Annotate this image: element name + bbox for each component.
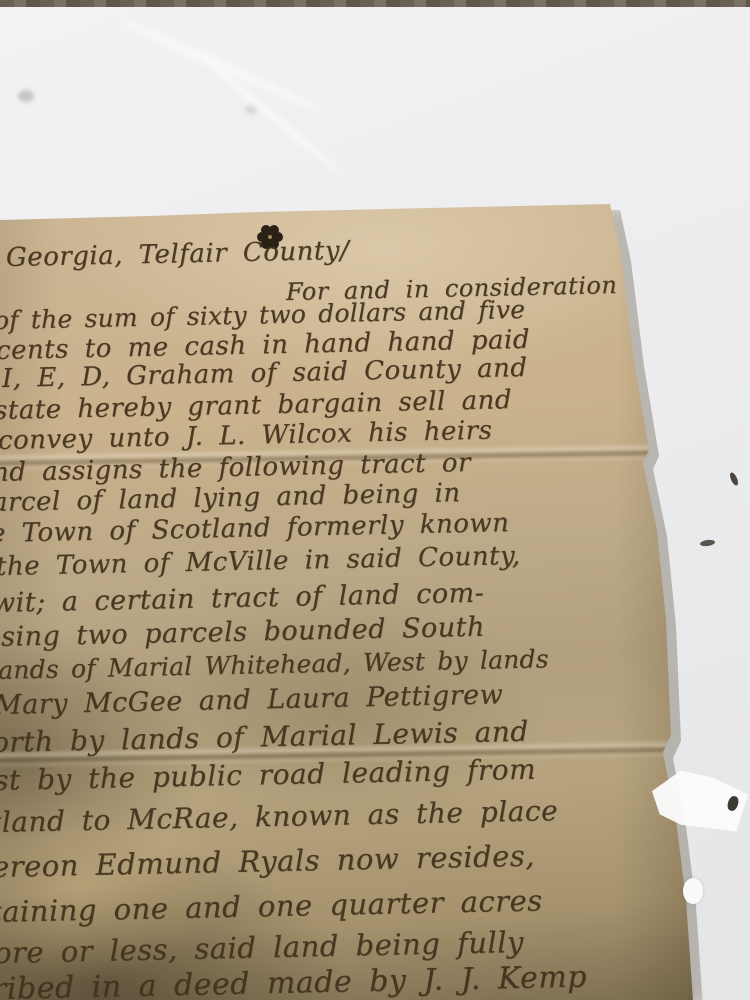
handwritten-line: ereon Edmund Ryals now resides,	[0, 839, 535, 884]
handwritten-line: tland to McRae, known as the place	[0, 794, 558, 839]
debris-speck	[726, 795, 740, 812]
deed-document: Georgia, Telfair County/ For and in cons…	[0, 200, 700, 1000]
handwritten-line: Mary McGee and Laura Pettigrew	[0, 679, 503, 721]
paper-scrap	[683, 878, 703, 904]
sheet-crease-highlight	[117, 16, 322, 115]
handwritten-line: Georgia, Telfair County/	[6, 236, 350, 273]
debris-speck	[700, 539, 716, 547]
photo-of-deed: Georgia, Telfair County/ For and in cons…	[0, 0, 750, 1000]
sheet-smudge	[18, 90, 34, 102]
debris-speck	[728, 471, 739, 486]
dark-floor-edge	[0, 0, 750, 7]
handwritten-line: taining one and one quarter acres	[0, 883, 543, 929]
sheet-crease-highlight	[198, 53, 341, 175]
